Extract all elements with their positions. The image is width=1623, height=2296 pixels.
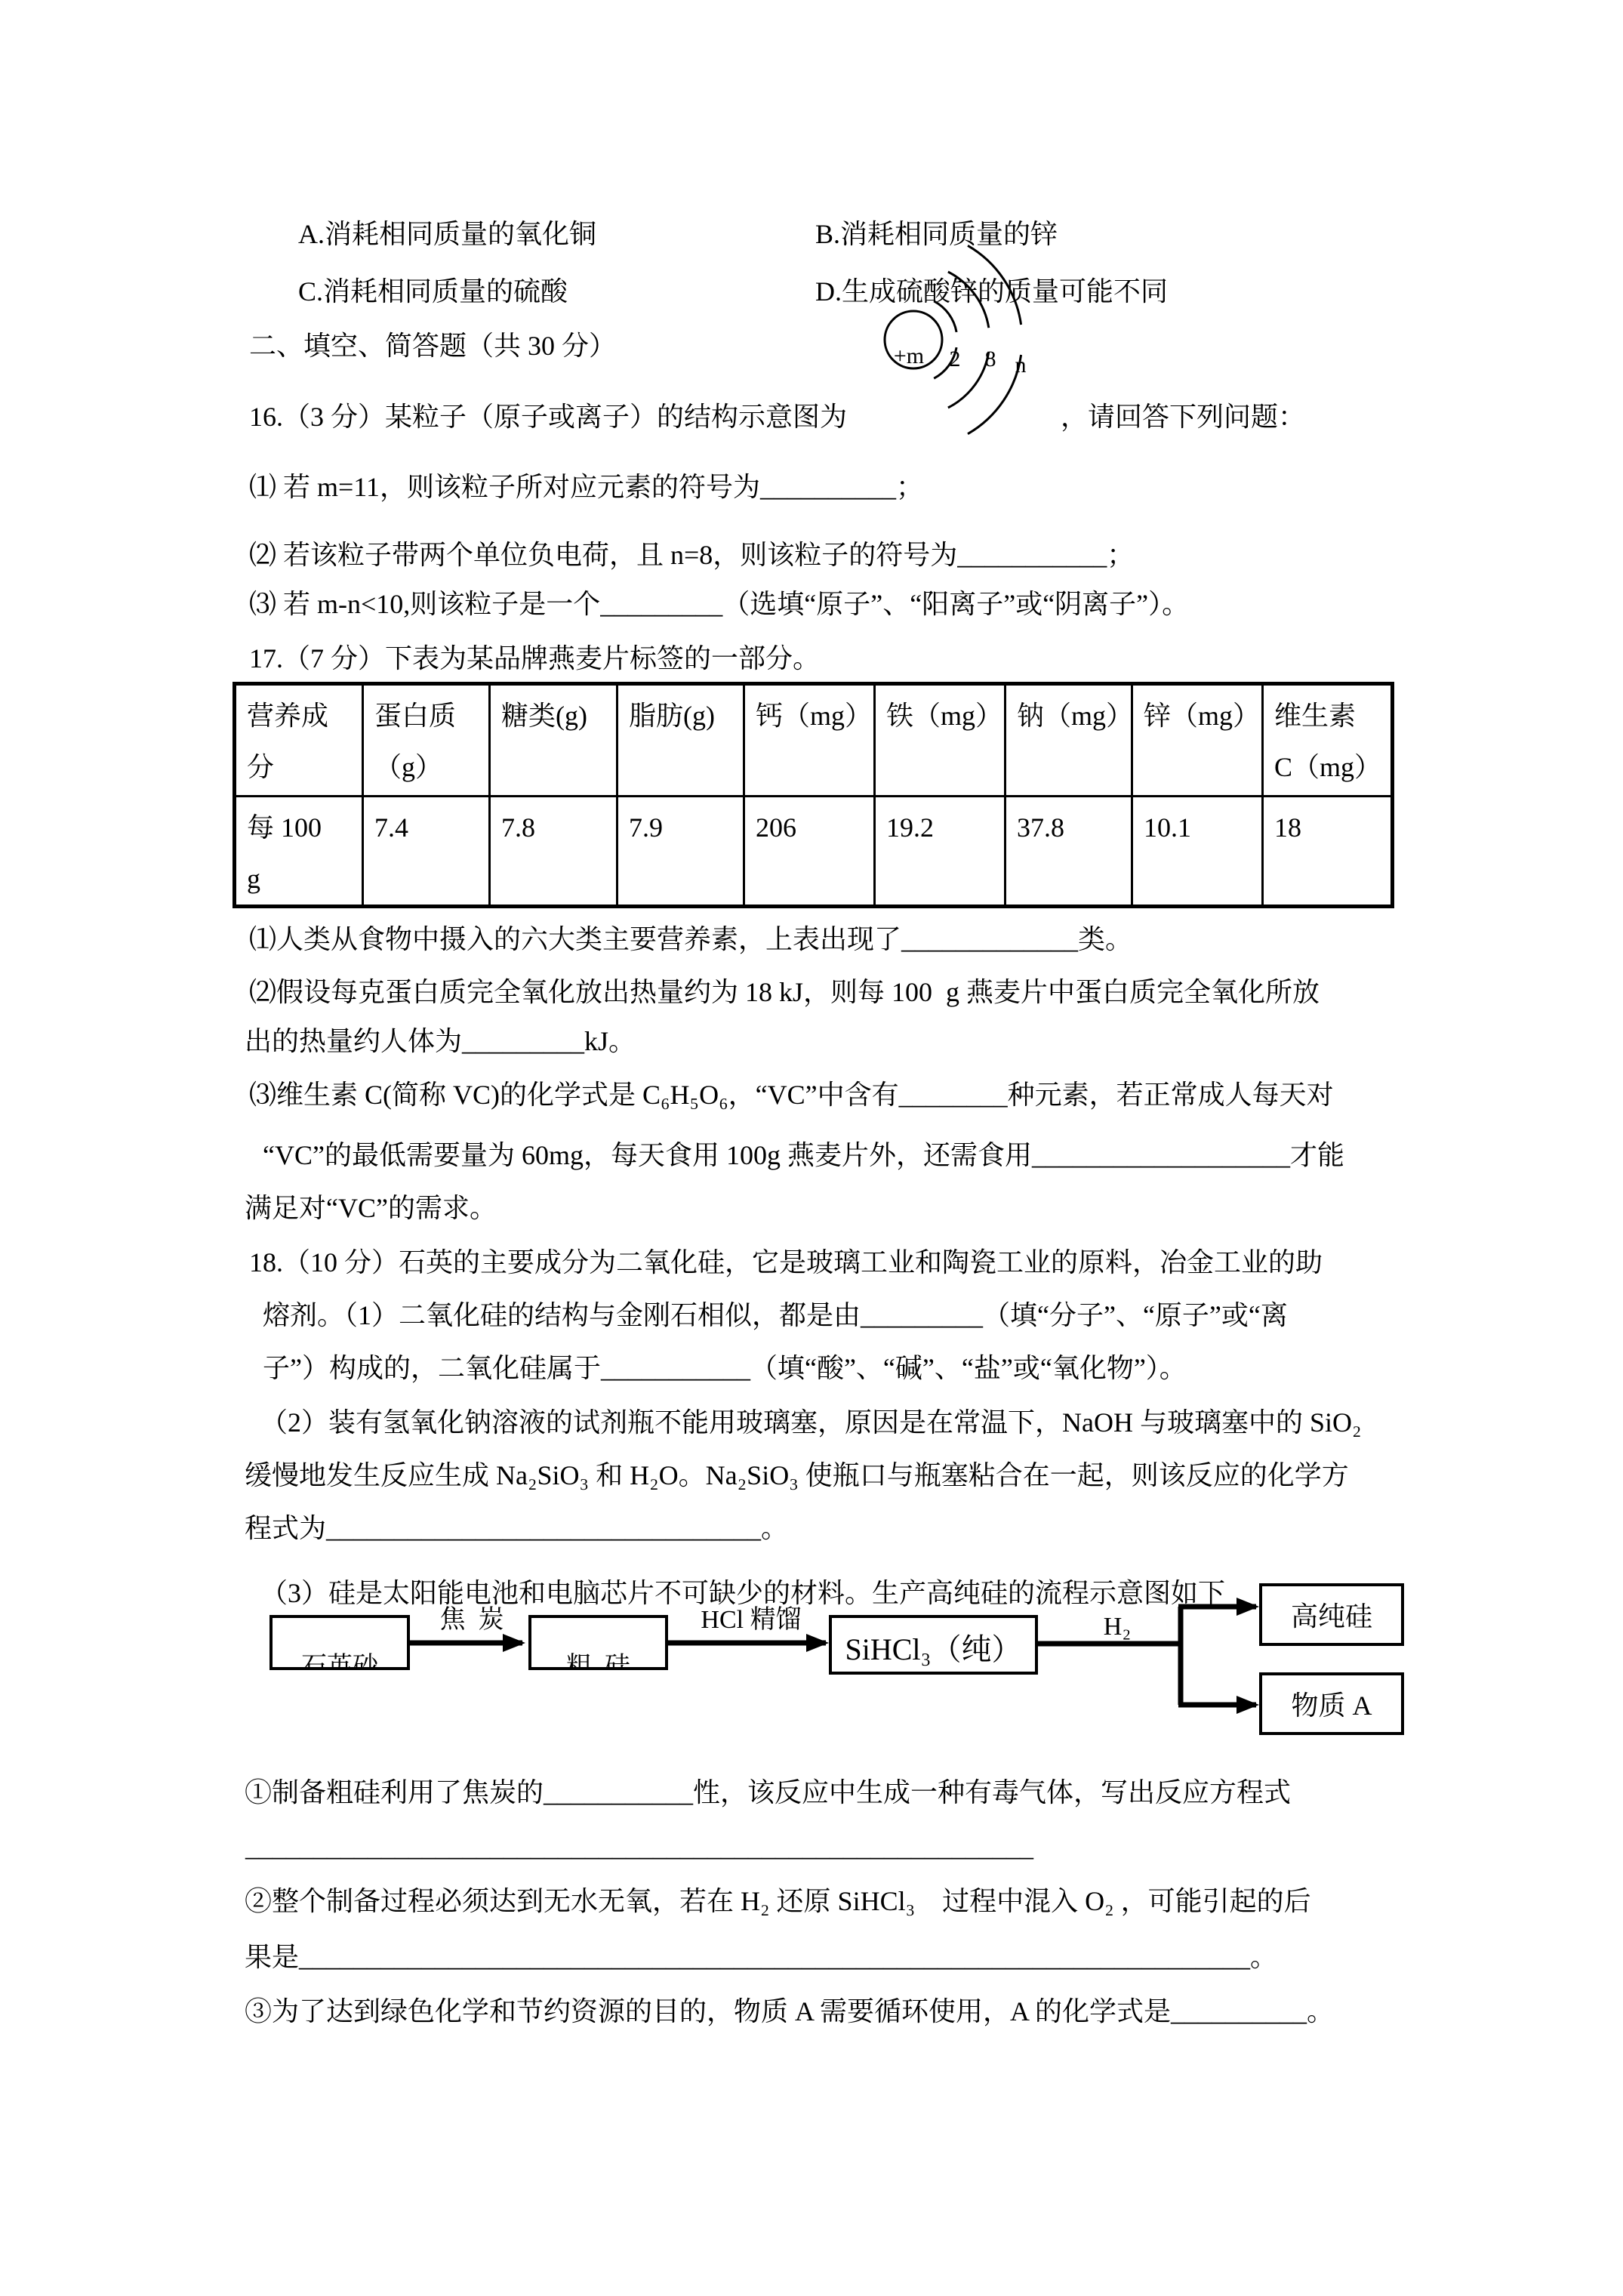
flow-box-quartz-sand-label: 石英砂: [273, 1652, 407, 1670]
flow-box-crude-silicon-label: 粗 硅: [531, 1652, 665, 1670]
shell1-arc-upper: [934, 301, 956, 332]
cell-sugar: 7.8: [490, 797, 617, 907]
shell2-arc-upper: [948, 272, 989, 328]
q17-item3-line1: ⑶维生素 C(简称 VC)的化学式是 C₆H₅O₆，“VC”中含有_______…: [249, 1078, 1334, 1111]
shell1-electron-count: 2: [950, 347, 961, 371]
nucleus-charge-label: +m: [894, 344, 924, 368]
header-zinc: 锌（mg）: [1132, 684, 1263, 797]
q18-stem-line1: 18.（10 分）石英的主要成分为二氧化硅，它是玻璃工业和陶瓷工业的原料，冶金工…: [249, 1246, 1323, 1279]
option-c: C.消耗相同质量的硫酸: [298, 275, 568, 308]
q18-sub1-answer-blank: ________________________________________…: [245, 1830, 1033, 1863]
q16-item1: ⑴ 若 m=11，则该粒子所对应元素的符号为__________；: [249, 470, 923, 504]
q17-item1: ⑴人类从食物中摄入的六大类主要营养素，上表出现了_____________类。: [249, 923, 1132, 956]
cell-iron: 19.2: [875, 797, 1006, 907]
q17-item3-line2: “VC”的最低需要量为 60mg，每天食用 100g 燕麦片外，还需食用____…: [263, 1139, 1344, 1172]
q18-item2-line1: （2）装有氢氧化钠溶液的试剂瓶不能用玻璃塞，原因是在常温下，NaOH 与玻璃塞中…: [260, 1406, 1362, 1439]
cell-fat: 7.9: [617, 797, 744, 907]
flow-label-hcl-distill: HCl 精馏: [672, 1605, 830, 1635]
q16-item2: ⑵ 若该粒子带两个单位负电荷，且 n=8，则该粒子的符号为___________…: [249, 538, 1134, 572]
shell2-electron-count: 8: [985, 347, 996, 371]
cell-vitamin-c: 18: [1263, 797, 1393, 907]
cell-calcium: 206: [744, 797, 875, 907]
q17-item3-line3: 满足对“VC”的需求。: [245, 1191, 497, 1225]
cell-sodium: 37.8: [1006, 797, 1132, 907]
flow-box-substance-a: 物质 A: [1259, 1672, 1404, 1735]
q18-sub3: ③为了达到绿色化学和节约资源的目的，物质 A 需要循环使用，A 的化学式是___…: [245, 1995, 1334, 2028]
q18-sub1: ①制备粗硅利用了焦炭的___________性，该反应中生成一种有毒气体，写出反…: [245, 1776, 1291, 1809]
q18-sub2-line1: ②整个制备过程必须达到无水无氧，若在 H₂ 还原 SiHCl₃ 过程中混入 O₂…: [245, 1885, 1311, 1918]
q16-item3: ⑶ 若 m-n<10,则该粒子是一个_________（选填“原子”、“阳离子”…: [249, 587, 1189, 621]
cell-zinc: 10.1: [1132, 797, 1263, 907]
header-sugar: 糖类(g): [490, 684, 617, 797]
shell3-arc-upper: [968, 245, 1021, 325]
header-sodium: 钠（mg）: [1006, 684, 1132, 797]
flow-box-crude-silicon: 粗 硅: [528, 1615, 668, 1670]
header-calcium: 钙（mg）: [744, 684, 875, 797]
flow-box-sihcl3: SiHCl₃（纯）: [829, 1615, 1038, 1675]
option-a: A.消耗相同质量的氧化铜: [298, 217, 596, 251]
nutrition-table: 营养成 分 蛋白质 （g） 糖类(g) 脂肪(g) 钙（mg） 铁（mg） 钠（…: [233, 682, 1394, 908]
q17-item2-line2: 出的热量约人体为_________kJ。: [245, 1025, 636, 1058]
shell3-electron-count: n: [1015, 353, 1027, 378]
q18-stem-line2: 熔剂。（1）二氧化硅的结构与金刚石相似，都是由_________（填“分子”、“…: [263, 1299, 1288, 1332]
q18-stem-line3: 子”）构成的，二氧化硅属于___________（填“酸”、“碱”、“盐”或“氧…: [263, 1351, 1187, 1385]
flow-label-coke: 焦 炭: [415, 1605, 528, 1635]
flow-label-h2: H₂: [1079, 1612, 1155, 1642]
header-protein: 蛋白质 （g）: [363, 684, 490, 797]
atom-structure-diagram: +m 2 8 n: [861, 240, 1072, 451]
table-header-row: 营养成 分 蛋白质 （g） 糖类(g) 脂肪(g) 钙（mg） 铁（mg） 钠（…: [235, 684, 1393, 797]
q18-sub2-line2: 果是______________________________________…: [245, 1940, 1277, 1974]
header-fat: 脂肪(g): [617, 684, 744, 797]
flow-box-high-purity-silicon: 高纯硅: [1259, 1583, 1404, 1646]
cell-per-100g: 每 100 g: [235, 797, 363, 907]
q16-stem-tail: ，请回答下列问题：: [1061, 400, 1305, 433]
q18-item2-line2: 缓慢地发生反应生成 Na₂SiO₃ 和 H₂O。Na₂SiO₃ 使瓶口与瓶塞粘合…: [245, 1459, 1349, 1492]
section-heading: 二、填空、简答题（共 30 分）: [249, 329, 616, 362]
table-data-row: 每 100 g 7.4 7.8 7.9 206 19.2 37.8 10.1 1…: [235, 797, 1393, 907]
header-nutrient: 营养成 分: [235, 684, 363, 797]
q18-item2-line3: 程式为________________________________。: [245, 1512, 788, 1545]
header-iron: 铁（mg）: [875, 684, 1006, 797]
q16-stem: 16.（3 分）某粒子（原子或离子）的结构示意图为: [249, 400, 847, 433]
q17-stem: 17.（7 分）下表为某品牌燕麦片标签的一部分。: [249, 642, 820, 675]
header-vitamin-c: 维生素 C（mg）: [1263, 684, 1393, 797]
exam-document-page: A.消耗相同质量的氧化铜 B.消耗相同质量的锌 C.消耗相同质量的硫酸 D.生成…: [0, 0, 1623, 2296]
cell-protein: 7.4: [363, 797, 490, 907]
flow-box-quartz-sand: 石英砂: [269, 1615, 410, 1670]
q17-item2-line1: ⑵假设每克蛋白质完全氧化放出热量约为 18 kJ，则每 100 g 燕麦片中蛋白…: [249, 975, 1320, 1009]
